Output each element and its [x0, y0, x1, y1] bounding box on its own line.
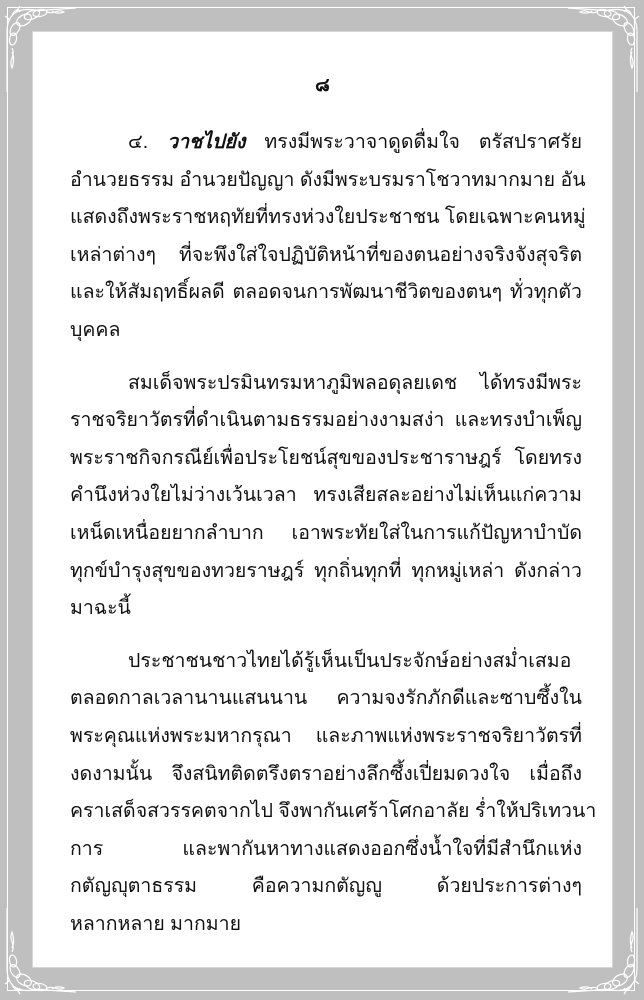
content-panel: ๘ ๔. วาชไปยัง ทรงมีพระวาจาดูดดื่มใจ ตรัส…: [33, 32, 612, 967]
text-line: ราชจริยาวัตรที่ดำเนินตามธรรมอย่างงามสง่า…: [70, 402, 582, 440]
text-line: ประชาชนชาวไทยได้รู้เห็นเป็นประจักษ์อย่าง…: [70, 643, 582, 681]
text-line: หลากหลาย มากมาย: [70, 906, 582, 944]
text-line: และให้สัมฤทธิ์ผลดี ตลอดจนการพัฒนาชีวิตขอ…: [70, 274, 582, 312]
text-line: เหน็ดเหนื่อยยากลำบาก เอาพระทัยใส่ในการแก…: [70, 515, 582, 553]
text-line: ๔. วาชไปยัง ทรงมีพระวาจาดูดดื่มใจ ตรัสปร…: [70, 124, 582, 162]
text-line: พระราชกิจกรณีย์เพื่อประโยชน์สุขของประชาร…: [70, 440, 582, 478]
section-number: ๔.: [128, 131, 148, 153]
body-text: ๔. วาชไปยัง ทรงมีพระวาจาดูดดื่มใจ ตรัสปร…: [70, 124, 582, 958]
text-line: พระคุณแห่งพระมหากรุณา และภาพแห่งพระราชจร…: [70, 718, 582, 756]
text-line: เหล่าต่างๆ ที่จะพึงใส่ใจปฏิบัติหน้าที่ขอ…: [70, 237, 582, 275]
document-page: ๘ ๔. วาชไปยัง ทรงมีพระวาจาดูดดื่มใจ ตรัส…: [0, 0, 644, 1000]
paragraph-2: สมเด็จพระปรมินทรมหาภูมิพลอดุลยเดช ได้ทรง…: [70, 365, 582, 628]
text-line: คราเสด็จสวรรคตจากไป จึงพากันเศร้าโศกอาลั…: [70, 793, 582, 831]
text-line: คำนึงห่วงใยไม่ว่างเว้นเวลา ทรงเสียสละอย่…: [70, 477, 582, 515]
text-line: อำนวยธรรม อำนวยปัญญา ดังมีพระบรมราโชวาทม…: [70, 162, 582, 200]
text-line-content: ทรงมีพระวาจาดูดดื่มใจ ตรัสปราศรัย: [264, 131, 582, 153]
text-line: แสดงถึงพระราชหฤทัยที่ทรงห่วงใยประชาชน โด…: [70, 199, 582, 237]
text-line: งดงามนั้น จึงสนิทติดตรึงตราอย่างลึกซึ้งเ…: [70, 756, 582, 794]
text-line: สมเด็จพระปรมินทรมหาภูมิพลอดุลยเดช ได้ทรง…: [70, 365, 582, 403]
text-line: ทุกข์บำรุงสุขของทวยราษฎร์ ทุกถิ่นทุกที่ …: [70, 553, 582, 591]
paragraph-3: ประชาชนชาวไทยได้รู้เห็นเป็นประจักษ์อย่าง…: [70, 643, 582, 944]
text-line: กตัญญุตาธรรม คือความกตัญญู ด้วยประการต่า…: [70, 868, 582, 906]
text-line: การ และพากันหาทางแสดงออกซึ่งน้ำใจที่มีสำ…: [70, 831, 582, 869]
text-line: มาฉะนี้: [70, 590, 582, 628]
section-heading: วาชไปยัง: [167, 131, 245, 153]
paragraph-1: ๔. วาชไปยัง ทรงมีพระวาจาดูดดื่มใจ ตรัสปร…: [70, 124, 582, 350]
text-line: บุคคล: [70, 312, 582, 350]
page-number: ๘: [33, 70, 612, 100]
text-line: ตลอดกาลเวลานานแสนนาน ความจงรักภักดีและซา…: [70, 680, 582, 718]
